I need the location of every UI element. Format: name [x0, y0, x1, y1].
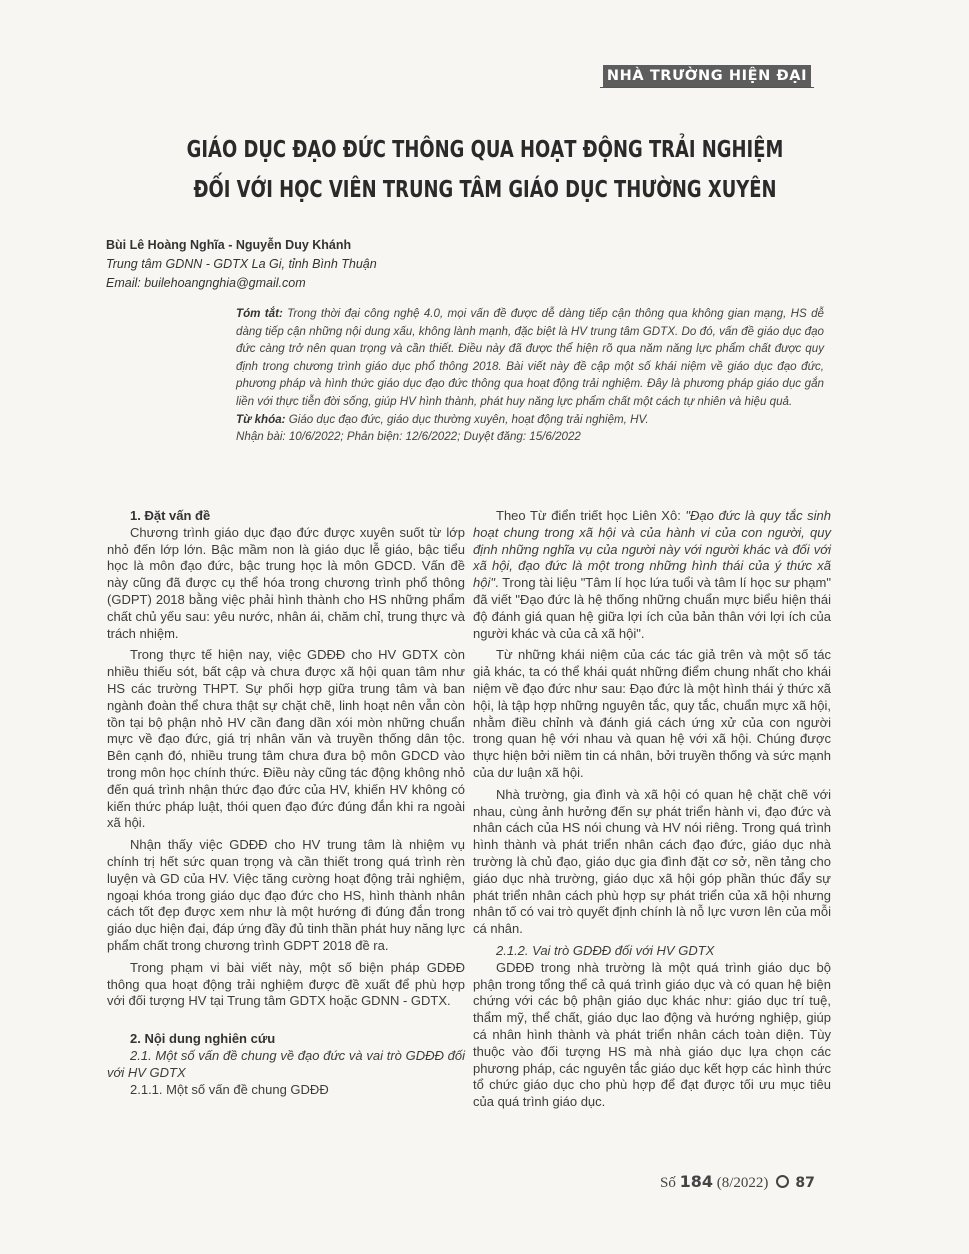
keywords-label: Từ khóa:	[236, 413, 286, 426]
keywords-text: Giáo dục đạo đức, giáo dục thường xuyên,…	[286, 413, 649, 426]
paragraph: Trong thực tế hiện nay, việc GDĐĐ cho HV…	[107, 647, 465, 832]
review-dates: Nhận bài: 10/6/2022; Phản biện: 12/6/202…	[236, 428, 824, 446]
subheading-2-1: 2.1. Một số vấn đề chung về đạo đức và v…	[107, 1048, 465, 1082]
paragraph: Theo Từ điển triết học Liên Xô: "Đạo đức…	[473, 508, 831, 642]
title-line-1: GIÁO DỤC ĐẠO ĐỨC THÔNG QUA HOẠT ĐỘNG TRẢ…	[150, 130, 821, 170]
author-email: Email: builehoangnghia@gmail.com	[106, 274, 377, 293]
keywords: Từ khóa: Giáo dục đạo đức, giáo dục thườ…	[236, 411, 824, 429]
issue-prefix: Số	[660, 1175, 680, 1191]
page-number: 87	[795, 1175, 814, 1191]
heading-research-content: 2. Nội dung nghiên cứu	[107, 1031, 465, 1048]
paragraph: Nhận thấy việc GDĐĐ cho HV trung tâm là …	[107, 837, 465, 955]
title-line-2: ĐỐI VỚI HỌC VIÊN TRUNG TÂM GIÁO DỤC THƯỜ…	[150, 170, 821, 210]
abstract-summary: Tóm tắt: Trong thời đại công nghệ 4.0, m…	[236, 305, 824, 411]
subheading-2-1-1: 2.1.1. Một số vấn đề chung GDĐĐ	[107, 1082, 465, 1099]
right-column: Theo Từ điển triết học Liên Xô: "Đạo đức…	[473, 508, 831, 1116]
abstract-block: Tóm tắt: Trong thời đại công nghệ 4.0, m…	[236, 305, 824, 446]
journal-page: NHÀ TRƯỜNG HIỆN ĐẠI GIÁO DỤC ĐẠO ĐỨC THÔ…	[0, 0, 969, 1254]
section-tag: NHÀ TRƯỜNG HIỆN ĐẠI	[603, 65, 811, 87]
quote-rest: . Trong tài liệu "Tâm lí học lứa tuổi và…	[473, 575, 831, 640]
flower-bullet-icon	[776, 1175, 789, 1188]
paragraph: Nhà trường, gia đình và xã hội có quan h…	[473, 787, 831, 938]
paragraph: Từ những khái niệm của các tác giả trên …	[473, 647, 831, 781]
author-names: Bùi Lê Hoàng Nghĩa - Nguyễn Duy Khánh	[106, 236, 377, 255]
paragraph: Chương trình giáo dục đạo đức được xuyên…	[107, 525, 465, 643]
page-footer: Số 184 (8/2022)87	[660, 1172, 815, 1192]
abstract-label: Tóm tắt:	[236, 307, 283, 320]
issue-number: 184	[680, 1172, 713, 1191]
paragraph: Trong phạm vi bài viết này, một số biện …	[107, 960, 465, 1010]
header-rule	[600, 87, 814, 88]
paragraph: GDĐĐ trong nhà trường là một quá trình g…	[473, 960, 831, 1111]
heading-introduction: 1. Đặt vấn đề	[107, 508, 465, 525]
author-affiliation: Trung tâm GDNN - GDTX La Gi, tỉnh Bình T…	[106, 255, 377, 274]
issue-date: (8/2022)	[713, 1175, 768, 1191]
article-title: GIÁO DỤC ĐẠO ĐỨC THÔNG QUA HOẠT ĐỘNG TRẢ…	[224, 130, 747, 210]
subheading-2-1-2: 2.1.2. Vai trò GDĐĐ đối với HV GDTX	[473, 943, 831, 960]
quote-lead: Theo Từ điển triết học Liên Xô:	[496, 508, 685, 523]
left-column: 1. Đặt vấn đề Chương trình giáo dục đạo …	[107, 508, 465, 1098]
abstract-text: Trong thời đại công nghệ 4.0, mọi vấn đề…	[236, 307, 824, 408]
author-block: Bùi Lê Hoàng Nghĩa - Nguyễn Duy Khánh Tr…	[106, 236, 377, 293]
